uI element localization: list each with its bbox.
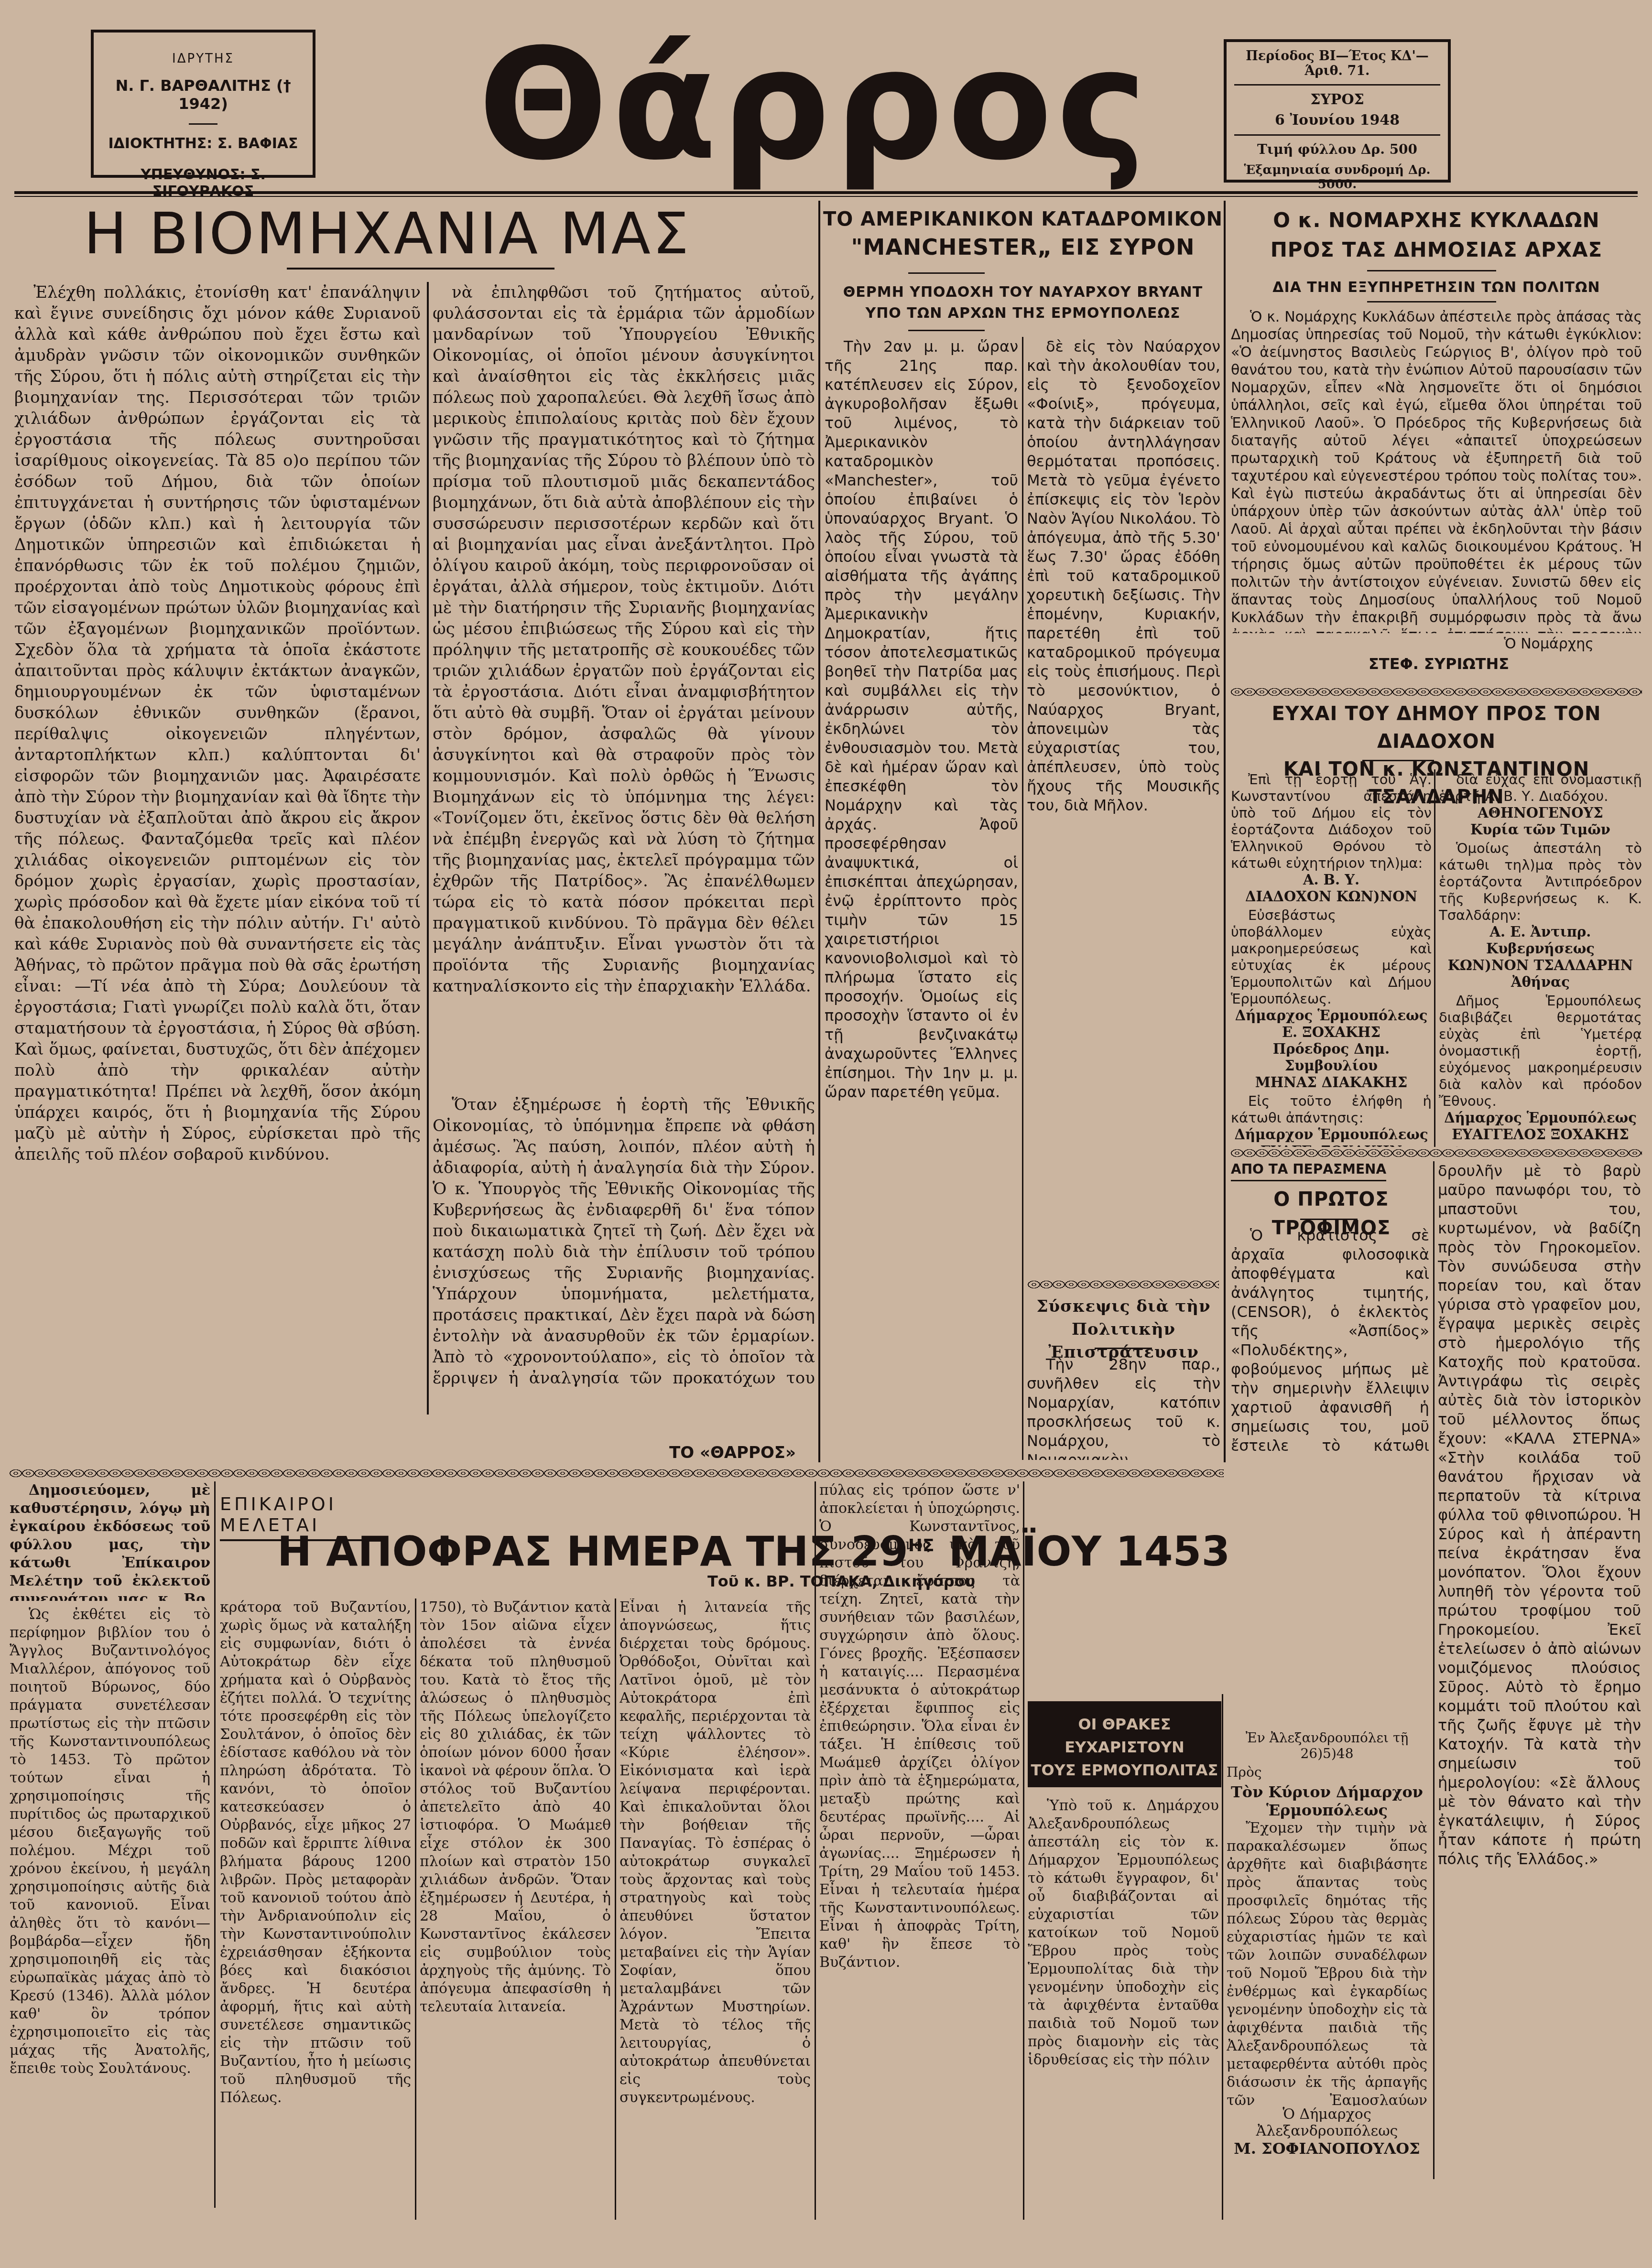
- telegram-text: Εὐσεβάστως ὑποβάλλομεν εὐχὰς μακροημερεύ…: [1231, 907, 1432, 1007]
- telegram-heading: Δήμαρχος Ἑρμουπόλεως: [1439, 1110, 1642, 1126]
- headline-text: Η ΑΠΟΦΡΑΣ ΗΜΕΡΑ ΤΗΣ 29: [277, 1528, 908, 1576]
- divider: [908, 272, 985, 274]
- past-column-2: δρουλῆν μὲ τὸ βαρὺ μαῦρο πανωφόρι του, τ…: [1438, 1161, 1641, 2179]
- column-divider: [427, 282, 429, 1415]
- divider: [1367, 270, 1496, 271]
- wishes-column-1: Ἐπὶ τῇ ἑορτῇ τοῦ Ἁγ. Κωνσταντίνου ἀπεστά…: [1231, 769, 1432, 1147]
- past-kicker: ΑΠΟ ΤΑ ΠΕΡΑΣΜΕΝΑ: [1231, 1161, 1386, 1181]
- article-text: δὲ εἰς τὸν Ναύαρχον καὶ τὴν ἀκολουθίαν τ…: [1027, 337, 1220, 815]
- column-divider: [1022, 337, 1023, 1460]
- article-text: Εἶναι ἡ λιτανεία τῆς ἀπογνώσεως, ἥτις δι…: [619, 1598, 811, 2107]
- column-divider: [818, 201, 820, 1462]
- telegram-text: Ὁμοίως ἀπεστάλη τὸ κάτωθι τηλ)μα πρὸς τὸ…: [1439, 840, 1642, 924]
- manchester-subhead: ΘΕΡΜΗ ΥΠΟΔΟΧΗ ΤΟΥ ΝΑΥΑΡΧΟΥ BRYANT ΥΠΟ ΤΩ…: [822, 282, 1224, 324]
- telegram-heading: Πρόεδρος Δημ. Συμβουλίου: [1231, 1041, 1432, 1074]
- subarticle-headline: Σύσκεψις διὰ τὴν Πολιτικὴν Ἐπιστράτευσιν: [1027, 1295, 1220, 1364]
- fall1453-column-2: κράτορα τοῦ Βυζαντίου, χωρὶς ὅμως νὰ κατ…: [220, 1598, 411, 2220]
- column-divider: [214, 1481, 216, 2208]
- ornament-divider: [1231, 1149, 1642, 1157]
- nomarch-headline: Ο κ. ΝΟΜΑΡΧΗΣ ΚΥΚΛΑΔΩΝ ΠΡΟΣ ΤΑΣ ΔΗΜΟΣΙΑΣ…: [1228, 205, 1644, 265]
- article-text: 1750), τὸ Βυζάντιον κατὰ τὸν 15ον αἰῶνα …: [420, 1598, 611, 2016]
- telegram-heading: ΕΥΑΓΓ. ΞΟΧΑΚΗΝ: [1231, 1143, 1432, 1147]
- thrace-column-1: Ὑπὸ τοῦ κ. Δημάρχου Ἀλεξανδρουπόλεως ἀπε…: [1028, 1797, 1219, 2213]
- manchester-headline: ΤΟ ΑΜΕΡΙΚΑΝΙΚΟΝ ΚΑΤΑΔΡΟΜΙΚΟΝ "MANCHESTER…: [822, 205, 1224, 261]
- section-ornament: [10, 1469, 1224, 1477]
- article-text: Τὴν 2αν μ. μ. ὥραν τῆς 21ης παρ. κατέπλε…: [825, 337, 1018, 1102]
- letter-date: Ἐν Ἀλεξανδρουπόλει τῇ 26)5)48: [1227, 1730, 1427, 1761]
- telegram-heading: Δήμαρχος Ἑρμουπόλεως: [1231, 1007, 1432, 1024]
- nomarch-sign-title: Ὁ Νομάρχης: [1458, 636, 1640, 652]
- column-divider: [415, 1598, 416, 2220]
- column-divider: [815, 1481, 816, 2220]
- divider: [287, 268, 554, 270]
- telegram-heading: Α. Β. Υ.: [1231, 872, 1432, 888]
- article-text: Ἐλέχθη πολλάκις, ἐτονίσθη κατ' ἐπανάληψι…: [14, 282, 421, 1165]
- article-text: Ὡς ἐκθέτει εἰς τὸ περίφημον βιβλίον του …: [10, 1606, 210, 2078]
- issue-info: Περίοδος ΒΙ—Έτος ΚΔ'—Άριθ. 71.: [1234, 49, 1440, 78]
- column-divider: [1222, 1694, 1223, 2220]
- fall1453-column-1: Ὡς ἐκθέτει εἰς τὸ περίφημον βιβλίον του …: [10, 1606, 210, 2208]
- telegram-heading: ΑΘΗΝΟΓΕΝΟΥΣ: [1439, 805, 1642, 821]
- telegram-text: διὰ εὐχὰς ἐπὶ ὀνομαστικῇ ἑορτῇ Α. Β. Υ. …: [1439, 771, 1642, 805]
- article-text: κράτορα τοῦ Βυζαντίου, χωρὶς ὅμως νὰ κατ…: [220, 1598, 411, 2107]
- article-text: νὰ ἐπιληφθῶσι τοῦ ζητήματος αὐτοῦ, φυλάσ…: [433, 282, 815, 997]
- editor: ΥΠΕΥΘΥΝΟΣ: Σ. ΣΙΓΟΥΡΑΚΟΣ: [98, 166, 308, 200]
- column-divider: [1224, 201, 1226, 1462]
- article-text: Ὅταν ἐξημέρωσε ἡ ἑορτὴ τῆς Ἐθνικῆς Οἰκον…: [433, 1094, 815, 1391]
- industry-column-2: νὰ ἐπιληφθῶσι τοῦ ζητήματος αὐτοῦ, φυλάσ…: [433, 282, 815, 1094]
- ornament-divider: [1231, 688, 1642, 696]
- headline-line: Σύσκεψις διὰ τὴν: [1027, 1295, 1220, 1318]
- headline-line: ΟΙ ΘΡΑΚΕΣ ΕΥΧΑΡΙΣΤΟΥΝ: [1028, 1713, 1221, 1759]
- telegram-heading: Ἀθήνας: [1439, 974, 1642, 991]
- fall1453-column-3: 1750), τὸ Βυζάντιον κατὰ τὸν 15ον αἰῶνα …: [420, 1598, 611, 2220]
- fall1453-column-5: πύλας εἰς τρόπον ὥστε ν' ἀποκλείεται ἡ ὑ…: [819, 1481, 1020, 2220]
- manchester-column-2: δὲ εἰς τὸν Ναύαρχον καὶ τὴν ἀκολουθίαν τ…: [1027, 337, 1220, 1269]
- telegram-heading: Δήμαρχον Ἑρμουπόλεως: [1231, 1126, 1432, 1143]
- divider: [908, 330, 985, 331]
- ornament-divider: [1028, 1281, 1219, 1288]
- price: Τιμή φύλλου Δρ. 500: [1234, 141, 1440, 157]
- headline-line: ΤΟΥΣ ΕΡΜΟΥΠΟΛΙΤΑΣ: [1028, 1759, 1221, 1782]
- nomarch-body: Ὁ κ. Νομάρχης Κυκλάδων ἀπέστειλε πρὸς ἁπ…: [1231, 308, 1642, 633]
- headline-line: "MANCHESTER„ ΕΙΣ ΣΥΡΟΝ: [822, 233, 1224, 261]
- thrace-box: ΟΙ ΘΡΑΚΕΣ ΕΥΧΑΡΙΣΤΟΥΝ ΤΟΥΣ ΕΡΜΟΥΠΟΛΙΤΑΣ: [1028, 1701, 1221, 1787]
- divider: [1095, 1348, 1152, 1349]
- owner: ΙΔΙΟΚΤΗΤΗΣ: Σ. ΒΑΦΙΑΣ: [98, 135, 308, 152]
- divider: [189, 123, 217, 125]
- article-text: Ὁ κράτιστος σὲ ἀρχαῖα φιλοσοφικὰ ἀποφθέγ…: [1231, 1226, 1429, 1455]
- column-divider: [615, 1598, 616, 2220]
- subscription: Ἑξαμηνιαία συνδρομή Δρ. 5000.: [1234, 163, 1440, 192]
- subhead-line: ΥΠΟ ΤΩΝ ΑΡΧΩΝ ΤΗΣ ΕΡΜΟΥΠΟΛΕΩΣ: [822, 303, 1224, 324]
- telegram-text: Δῆμος Ἑρμουπόλεως διαβιβάζει θερμοτάτας …: [1439, 993, 1642, 1110]
- founder-name: Ν. Γ. ΒΑΡΘΑΛΙΤΗΣ († 1942): [98, 76, 308, 113]
- telegram-text: Ὁ κ. Τσαλδάρης ἀπήντησεν ὡς ἀκολούθως:: [1439, 1145, 1642, 1147]
- manchester-column-1: Τὴν 2αν μ. μ. ὥραν τῆς 21ης παρ. κατέπλε…: [825, 337, 1018, 1460]
- masthead-right-box: Περίοδος ΒΙ—Έτος ΚΔ'—Άριθ. 71. ΣΥΡΟΣ 6 Ἰ…: [1224, 39, 1451, 183]
- telegram-heading: Ε. ΞΟΧΑΚΗΣ: [1231, 1024, 1432, 1041]
- article-text: Ὁ κ. Νομάρχης Κυκλάδων ἀπέστειλε πρὸς ἁπ…: [1231, 308, 1642, 633]
- telegram-heading: ΜΗΝΑΣ ΔΙΑΚΑΚΗΣ: [1231, 1074, 1432, 1091]
- headline-line: ΕΥΧΑΙ ΤΟΥ ΔΗΜΟΥ ΠΡΟΣ ΤΟΝ ΔΙΑΔΟΧΟΝ: [1228, 700, 1644, 756]
- sign-city: Ἀλεξανδρουπόλεως: [1227, 2123, 1427, 2139]
- sign-name: Μ. ΣΟΦΙΑΝΟΠΟΥΛΟΣ: [1227, 2139, 1427, 2158]
- letter-to-label: Πρὸς: [1227, 1764, 1427, 1780]
- telegram-text: Εἰς τοῦτο ἐλήφθη ἡ κάτωθι ἀπάντησις:: [1231, 1093, 1432, 1126]
- subarticle-body: Τὴν 28ην παρ., συνῆλθεν εἰς τὴν Νομαρχία…: [1027, 1355, 1220, 1460]
- founder-label: ΙΔΡΥΤΗΣ: [98, 52, 308, 66]
- masthead-left-box: ΙΔΡΥΤΗΣ Ν. Γ. ΒΑΡΘΑΛΙΤΗΣ († 1942) ΙΔΙΟΚΤ…: [91, 30, 315, 178]
- article-text: πύλας εἰς τρόπον ὥστε ν' ἀποκλείεται ἡ ὑ…: [819, 1481, 1020, 1972]
- article-text: δρουλῆν μὲ τὸ βαρὺ μαῦρο πανωφόρι του, τ…: [1438, 1161, 1641, 1868]
- fall1453-column-4: Εἶναι ἡ λιτανεία τῆς ἀπογνώσεως, ἥτις δι…: [619, 1598, 811, 2220]
- column-divider: [1023, 1481, 1024, 2220]
- telegram-heading: Κυρία τῶν Τιμῶν: [1439, 821, 1642, 838]
- letter-body-wrap: Ἔχομεν τὴν τιμὴν νὰ παρακαλέσωμεν ὅπως ἀ…: [1227, 1819, 1427, 2106]
- column-divider: [1433, 1161, 1435, 2179]
- masthead-rule-thin: [14, 196, 1638, 197]
- subhead-line: ΘΕΡΜΗ ΥΠΟΔΟΧΗ ΤΟΥ ΝΑΥΑΡΧΟΥ BRYANT: [822, 282, 1224, 303]
- past-column-1: Ὁ κράτιστος σὲ ἀρχαῖα φιλοσοφικὰ ἀποφθέγ…: [1231, 1226, 1429, 1455]
- sign-title: Ὁ Δήμαρχος: [1227, 2106, 1427, 2123]
- column-divider: [1434, 769, 1435, 1147]
- issue-date: 6 Ἰουνίου 1948: [1234, 112, 1440, 129]
- telegram-heading: Α. Ε. Ἀντιπρ. Κυβερνήσεως: [1439, 924, 1642, 957]
- headline-line: Ο κ. ΝΟΜΑΡΧΗΣ ΚΥΚΛΑΔΩΝ: [1228, 205, 1644, 235]
- intro-text: Δημοσιεύομεν, μὲ καθυστέρησιν, λόγῳ μὴ ἐ…: [10, 1481, 210, 1601]
- industry-signature: ΤΟ «ΘΑΡΡΟΣ»: [669, 1443, 796, 1462]
- article-text: Ἔχομεν τὴν τιμὴν νὰ παρακαλέσωμεν ὅπως ἀ…: [1227, 1819, 1427, 2106]
- headline-line: ΤΟ ΑΜΕΡΙΚΑΝΙΚΟΝ ΚΑΤΑΔΡΟΜΙΚΟΝ: [822, 205, 1224, 233]
- nomarch-subhead: ΔΙΑ ΤΗΝ ΕΞΥΠΗΡΕΤΗΣΙΝ ΤΩΝ ΠΟΛΙΤΩΝ: [1228, 277, 1644, 298]
- article-text: Ὑπὸ τοῦ κ. Δημάρχου Ἀλεξανδρουπόλεως ἀπε…: [1028, 1797, 1219, 2069]
- thrace-column-2: Ἐν Ἀλεξανδρουπόλει τῇ 26)5)48 Πρὸς Τὸν Κ…: [1227, 1730, 1427, 2217]
- telegram-text: Ἐπὶ τῇ ἑορτῇ τοῦ Ἁγ. Κωνσταντίνου ἀπεστά…: [1231, 771, 1432, 872]
- fall1453-intro: Δημοσιεύομεν, μὲ καθυστέρησιν, λόγῳ μὴ ἐ…: [10, 1481, 210, 1601]
- fall1453-headline: Η ΑΠΟΦΡΑΣ ΗΜΕΡΑ ΤΗΣ 29ΗΣ ΜΑΪΟΥ 1453: [277, 1520, 1230, 1578]
- article-text: Τὴν 28ην παρ., συνῆλθεν εἰς τὴν Νομαρχία…: [1027, 1355, 1220, 1460]
- nomarch-sign-name: ΣΤΕΦ. ΣΥΡΙΩΤΗΣ: [1338, 655, 1539, 673]
- divider: [1300, 1219, 1358, 1220]
- industry-column-3: Ὅταν ἐξημέρωσε ἡ ἑορτὴ τῆς Ἐθνικῆς Οἰκον…: [433, 1094, 815, 1391]
- letter-recipient-city: Ἑρμουπόλεως: [1227, 1801, 1427, 1819]
- divider: [1367, 301, 1496, 302]
- letter-recipient: Τὸν Κύριον Δήμαρχον: [1227, 1783, 1427, 1801]
- newspaper-title: Θάρρος: [478, 19, 1151, 191]
- divider: [1362, 760, 1434, 761]
- masthead-rule: [14, 191, 1638, 194]
- telegram-heading: ΕΥΑΓΓΕΛΟΣ ΞΟΧΑΚΗΣ: [1439, 1126, 1642, 1143]
- industry-headline: Η ΒΙΟΜΗΧΑΝΙΑ ΜΑΣ: [29, 201, 746, 268]
- telegram-heading: ΚΩΝ)ΝΟΝ ΤΣΑΛΔΑΡΗΝ: [1439, 957, 1642, 974]
- city: ΣΥΡΟΣ: [1234, 91, 1440, 108]
- wishes-column-2: διὰ εὐχὰς ἐπὶ ὀνομαστικῇ ἑορτῇ Α. Β. Υ. …: [1439, 769, 1642, 1147]
- industry-column-1: Ἐλέχθη πολλάκις, ἐτονίσθη κατ' ἐπανάληψι…: [14, 282, 421, 1415]
- headline-line: ΠΡΟΣ ΤΑΣ ΔΗΜΟΣΙΑΣ ΑΡΧΑΣ: [1228, 235, 1644, 265]
- telegram-heading: ΔΙΑΔΟΧΟΝ ΚΩΝ)ΝΟΝ: [1231, 888, 1432, 905]
